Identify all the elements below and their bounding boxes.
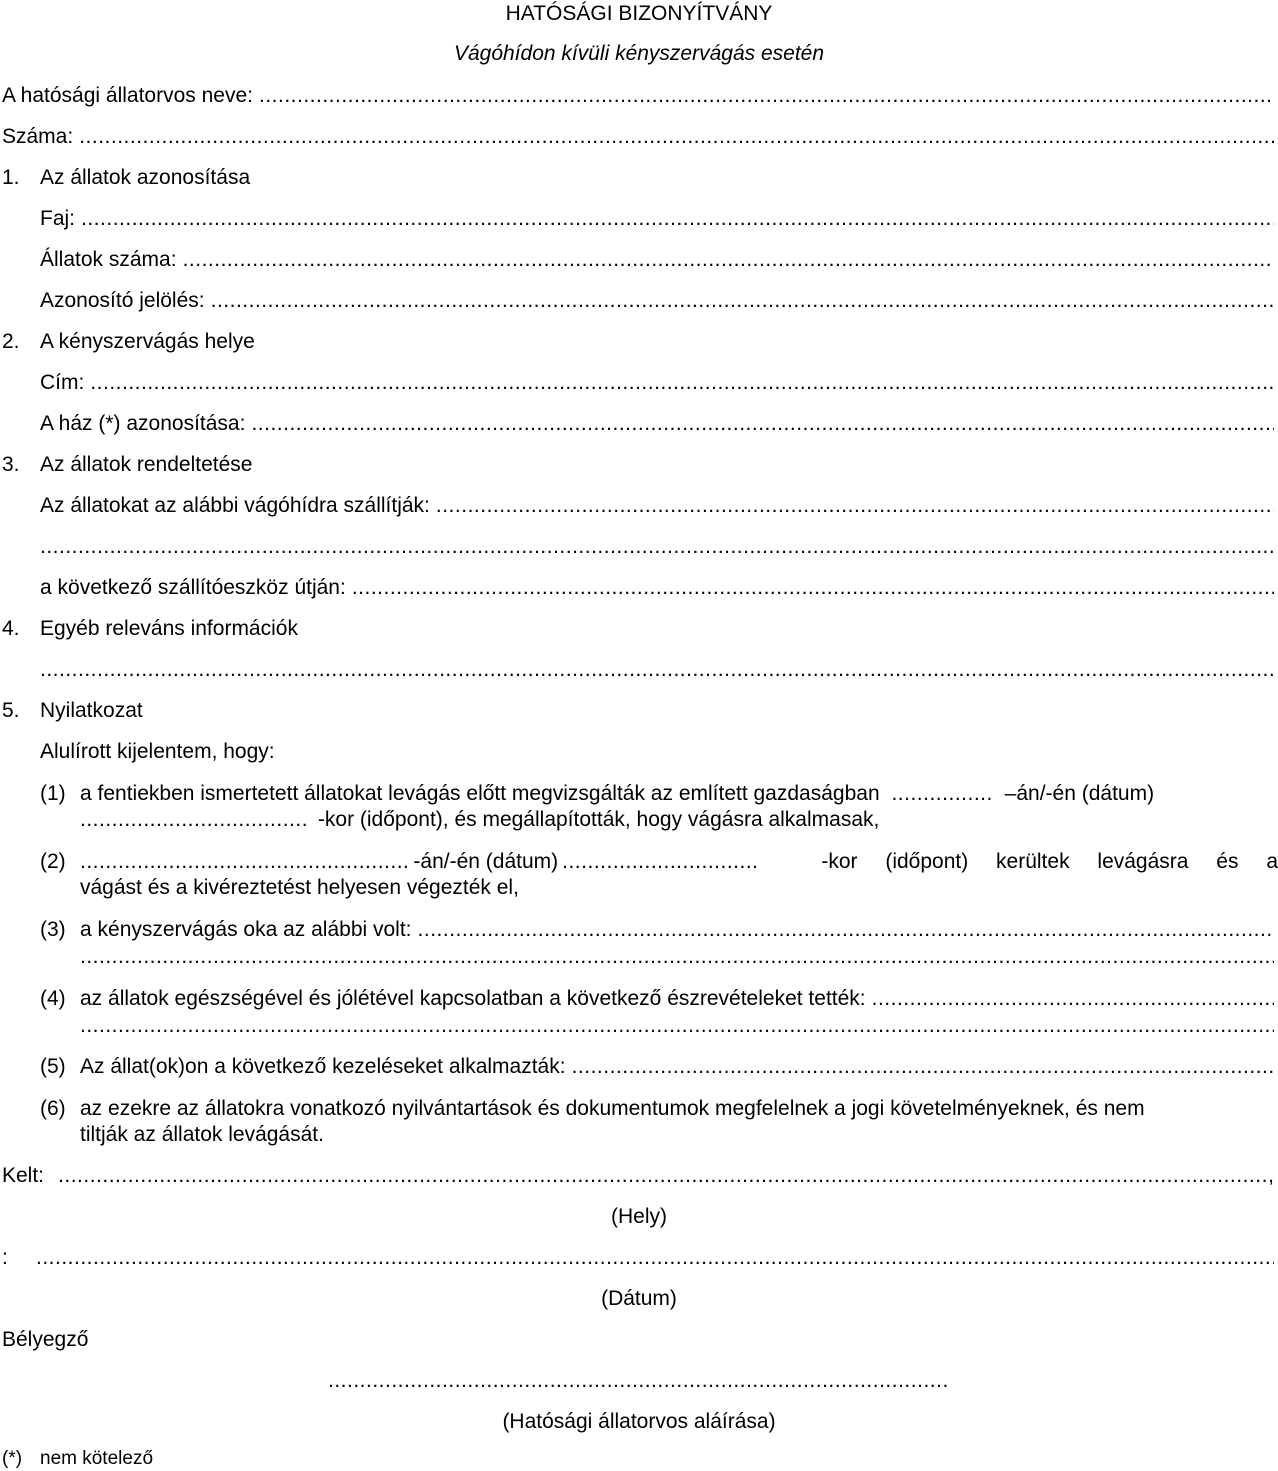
address-field[interactable]: Cím: bbox=[40, 371, 1274, 395]
declaration-intro: Alulírott kijelentem, hogy: bbox=[40, 740, 275, 764]
number-label: Száma: bbox=[2, 125, 79, 149]
item-1-line2: .................................... -ko… bbox=[80, 808, 879, 832]
item-3-field[interactable]: a kényszervágás oka az alábbi volt: bbox=[80, 918, 1274, 942]
footnote-mark: (*) bbox=[2, 1447, 22, 1471]
signature-input[interactable]: ........................................… bbox=[328, 1369, 949, 1393]
house-id-field[interactable]: A ház (*) azonosítása: bbox=[40, 412, 1274, 436]
transport-label: a következő szállítóeszköz útján: bbox=[40, 576, 352, 600]
item-2-date-input[interactable]: ........................................… bbox=[80, 850, 409, 874]
section-1-number: 1. bbox=[2, 166, 20, 190]
stamp-label: Bélyegző bbox=[2, 1328, 88, 1352]
animal-count-label: Állatok száma: bbox=[40, 248, 183, 272]
item-2-time-input[interactable]: ............................... bbox=[562, 850, 758, 874]
place-caption: (Hely) bbox=[0, 1205, 1278, 1229]
item-1-date-label: –án/-én (dátum) bbox=[1005, 782, 1154, 805]
footnote-text: nem kötelező bbox=[40, 1447, 153, 1471]
section-5-number: 5. bbox=[2, 699, 20, 723]
other-info-field[interactable] bbox=[40, 658, 1274, 682]
vet-name-field[interactable]: A hatósági állatorvos neve: bbox=[2, 84, 1274, 108]
slaughterhouse-input[interactable] bbox=[436, 494, 1274, 518]
item-5-number: (5) bbox=[40, 1055, 66, 1079]
item-4-label: az állatok egészségével és jólétével kap… bbox=[80, 987, 872, 1011]
section-3-number: 3. bbox=[2, 453, 20, 477]
id-mark-input[interactable] bbox=[211, 289, 1274, 313]
section-2-number: 2. bbox=[2, 330, 20, 354]
address-input[interactable] bbox=[90, 371, 1274, 395]
slaughterhouse-label: Az állatokat az alábbi vágóhídra szállít… bbox=[40, 494, 436, 518]
item-2-line1: ........................................… bbox=[80, 850, 1278, 874]
item-3-input[interactable] bbox=[418, 918, 1274, 942]
item-5-field[interactable]: Az állat(ok)on a következő kezeléseket a… bbox=[80, 1055, 1274, 1079]
date-field[interactable]: : bbox=[2, 1246, 1274, 1270]
kelt-place-input[interactable] bbox=[58, 1164, 1268, 1188]
kelt-comma: , bbox=[1268, 1164, 1274, 1188]
number-input[interactable] bbox=[79, 125, 1274, 149]
section-3-title: Az állatok rendeltetése bbox=[40, 453, 252, 477]
item-4-input[interactable] bbox=[872, 987, 1274, 1011]
date-input[interactable] bbox=[36, 1246, 1274, 1270]
animal-count-input[interactable] bbox=[183, 248, 1274, 272]
section-1-title: Az állatok azonosítása bbox=[40, 166, 250, 190]
item-3-field-cont[interactable] bbox=[80, 945, 1274, 969]
document-subtitle: Vágóhídon kívüli kényszervágás esetén bbox=[0, 42, 1278, 66]
slaughterhouse-field-cont[interactable] bbox=[40, 535, 1274, 559]
item-1-time-label: -kor (időpont), és megállapították, hogy… bbox=[318, 808, 879, 831]
slaughterhouse-field[interactable]: Az állatokat az alábbi vágóhídra szállít… bbox=[40, 494, 1274, 518]
item-3-number: (3) bbox=[40, 918, 66, 942]
id-mark-field[interactable]: Azonosító jelölés: bbox=[40, 289, 1274, 313]
item-4-field-cont[interactable] bbox=[80, 1014, 1274, 1038]
house-id-label: A ház (*) azonosítása: bbox=[40, 412, 251, 436]
item-2-line2: vágást és a kivéreztetést helyesen végez… bbox=[80, 876, 519, 900]
item-4-input-line2[interactable] bbox=[80, 1014, 1274, 1038]
vet-name-label: A hatósági állatorvos neve: bbox=[2, 84, 259, 108]
item-1-number: (1) bbox=[40, 782, 66, 806]
address-label: Cím: bbox=[40, 371, 90, 395]
section-2-title: A kényszervágás helye bbox=[40, 330, 255, 354]
date-caption: (Dátum) bbox=[0, 1287, 1278, 1311]
item-2-number: (2) bbox=[40, 850, 66, 874]
house-id-input[interactable] bbox=[251, 412, 1274, 436]
item-5-input[interactable] bbox=[572, 1055, 1274, 1079]
species-field[interactable]: Faj: bbox=[40, 207, 1274, 231]
document-title: HATÓSÁGI BIZONYÍTVÁNY bbox=[0, 2, 1278, 26]
transport-field[interactable]: a következő szállítóeszköz útján: bbox=[40, 576, 1274, 600]
kelt-field[interactable]: Kelt:, bbox=[2, 1164, 1274, 1188]
date-colon: : bbox=[2, 1246, 36, 1270]
vet-name-input[interactable] bbox=[259, 84, 1274, 108]
item-6-line1: az ezekre az állatokra vonatkozó nyilván… bbox=[80, 1097, 1145, 1121]
section-4-title: Egyéb releváns információk bbox=[40, 617, 298, 641]
item-1-date-input[interactable]: ................ bbox=[891, 782, 992, 805]
slaughterhouse-input-line2[interactable] bbox=[40, 535, 1274, 559]
signature-caption: (Hatósági állatorvos aláírása) bbox=[0, 1410, 1278, 1434]
item-3-input-line2[interactable] bbox=[80, 945, 1274, 969]
item-4-field[interactable]: az állatok egészségével és jólétével kap… bbox=[80, 987, 1274, 1011]
transport-input[interactable] bbox=[352, 576, 1274, 600]
section-4-number: 4. bbox=[2, 617, 20, 641]
item-1-line1: a fentiekben ismertetett állatokat levág… bbox=[80, 782, 1278, 806]
item-2-date-label: -án/-én (dátum) bbox=[413, 850, 558, 874]
item-4-number: (4) bbox=[40, 987, 66, 1011]
animal-count-field[interactable]: Állatok száma: bbox=[40, 248, 1274, 272]
id-mark-label: Azonosító jelölés: bbox=[40, 289, 211, 313]
item-1-time-input[interactable]: .................................... bbox=[80, 808, 308, 831]
item-5-label: Az állat(ok)on a következő kezeléseket a… bbox=[80, 1055, 572, 1079]
item-3-label: a kényszervágás oka az alábbi volt: bbox=[80, 918, 418, 942]
item-6-number: (6) bbox=[40, 1097, 66, 1121]
section-5-title: Nyilatkozat bbox=[40, 699, 143, 723]
item-6-line2: tiltják az állatok levágását. bbox=[80, 1123, 324, 1147]
other-info-input[interactable] bbox=[40, 658, 1274, 682]
item-1-text: a fentiekben ismertetett állatokat levág… bbox=[80, 782, 880, 805]
item-2-time-label: -kor (időpont) kerültek levágásra és a bbox=[821, 850, 1278, 874]
species-input[interactable] bbox=[81, 207, 1274, 231]
number-field[interactable]: Száma: bbox=[2, 125, 1274, 149]
kelt-label: Kelt: bbox=[2, 1164, 58, 1188]
species-label: Faj: bbox=[40, 207, 81, 231]
